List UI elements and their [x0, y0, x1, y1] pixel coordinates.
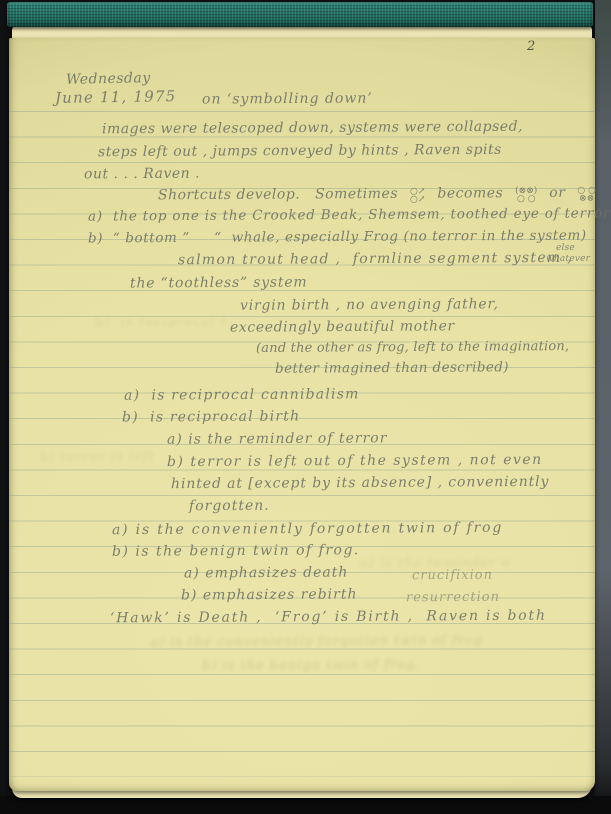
note-line: forgotten. [189, 498, 270, 514]
circles-doodle-icon: ○ ○ ⊗⊗ [577, 187, 596, 203]
note-line: b) terror is left out of the system , no… [167, 452, 543, 470]
note-line: ‘Hawk’ is Death , ‘Frog’ is Birth , Rave… [110, 608, 547, 627]
note-line: virgin birth , no avenging father, [240, 296, 499, 314]
ghost-writing: b) is reciprocal birth [95, 315, 225, 331]
date: June 11, 1975 [55, 87, 177, 107]
margin-note: else [556, 243, 575, 253]
note-line: the “toothless” system [130, 274, 308, 291]
note-line: hinted at [except by its absence] , conv… [171, 474, 549, 492]
notepad-binding-tape [7, 2, 593, 27]
note-line: b) is the benign twin of frog. [112, 542, 360, 560]
note-line: b) emphasizes rebirth [181, 586, 358, 603]
note-line: b) “ bottom ” “ whale, especially Frog (… [88, 227, 587, 246]
scan-background-edge [595, 0, 611, 814]
date-weekday: Wednesday [66, 70, 151, 88]
note-line: a) is the reminder of terror [167, 430, 387, 447]
topic-title: on ‘symbolling down’ [202, 90, 373, 107]
scanned-notepad-page: a) is the conveniently forgotten twin of… [0, 0, 611, 814]
margin-annotation: resurrection [406, 590, 500, 606]
note-line: a) is the conveniently forgotten twin of… [112, 520, 503, 538]
note-line: a) the top one is the Crooked Beak, Shem… [88, 205, 610, 224]
or-text: or [549, 185, 565, 201]
margin-annotation: crucifixion [412, 568, 493, 583]
ghost-writing: b) is the benign twin of frog. [202, 657, 494, 674]
note-line: exceedingly beautiful mother [230, 318, 455, 335]
note-line: a) is reciprocal cannibalism [124, 386, 360, 403]
note-line: b) is reciprocal birth [122, 408, 300, 425]
margin-note: whatever [546, 254, 590, 264]
note-line: images were telescoped down, systems wer… [102, 119, 523, 138]
note-line: better imagined than described) [275, 359, 509, 376]
becomes-text: becomes [437, 185, 503, 201]
note-line: (and the other as frog, left to the imag… [256, 339, 569, 356]
shortcuts-text: Shortcuts develop. Sometimes [158, 186, 398, 203]
ghost-writing: b) terror is left out of the system , no… [40, 450, 158, 466]
note-line: salmon trout head , formline segment sys… [178, 250, 573, 268]
note-line: steps left out , jumps conveyed by hints… [98, 142, 502, 160]
ghost-writing: a) is the conveniently forgotten twin of… [150, 633, 542, 651]
note-line: out . . . Raven . [84, 166, 200, 183]
note-line: a) emphasizes death [184, 564, 348, 581]
page-number: 2 [527, 39, 535, 54]
circles-doodle-icon: ○↗ ○↗ [410, 188, 426, 204]
circles-doodle-icon: (⊗⊗) ○ ○ [515, 187, 537, 203]
scan-background-bottom [0, 796, 611, 814]
